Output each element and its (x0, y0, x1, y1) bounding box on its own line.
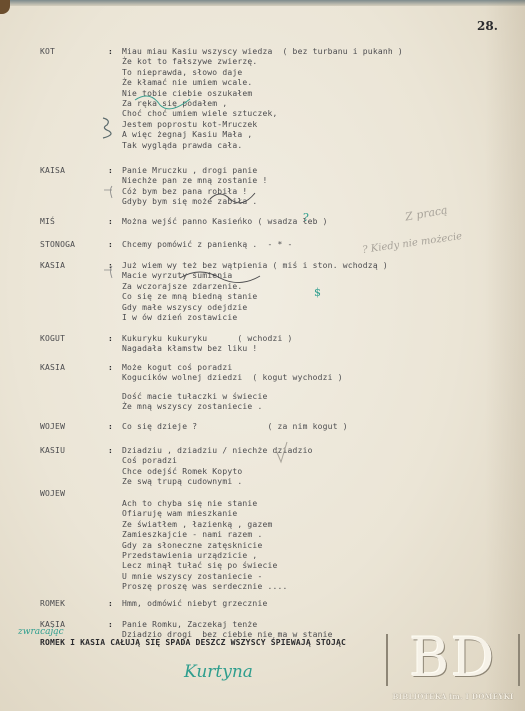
svg-text:$: $ (314, 286, 321, 299)
watermark-caption: BIBLIOTEKA im. I DOMEYKI (384, 692, 522, 701)
document-page: 28. KOT:Miau miau Kasiu wszyscy wiedza (… (0, 0, 525, 711)
annotation-marks: $ ? (0, 0, 525, 711)
svg-text:?: ? (303, 211, 309, 224)
watermark-bar-right (518, 634, 520, 686)
watermark-logo: BD (388, 630, 518, 686)
library-watermark: BD BIBLIOTEKA im. I DOMEYKI (384, 630, 522, 706)
